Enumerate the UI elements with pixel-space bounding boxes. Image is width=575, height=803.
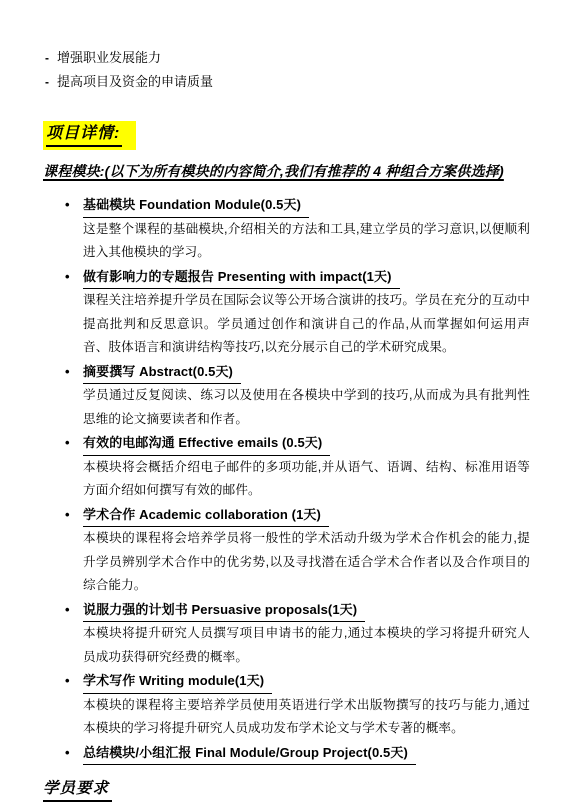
module-item: • 有效的电邮沟通 Effective emails (0.5天) 本模块将会概… [43, 431, 530, 503]
module-title: 学术写作 Writing module(1天) [83, 669, 272, 694]
module-title: 有效的电邮沟通 Effective emails (0.5天) [83, 431, 330, 456]
module-title-row: • 学术合作 Academic collaboration (1天) [43, 503, 530, 528]
yellow-highlight: 项目详情: [43, 121, 136, 150]
module-title: 摘要撰写 Abstract(0.5天) [83, 360, 241, 385]
bullet-dot-icon: • [65, 741, 83, 765]
module-item: • 摘要撰写 Abstract(0.5天) 学员通过反复阅读、练习以及使用在各模… [43, 360, 530, 432]
list-item-text: 提高项目及资金的申请质量 [57, 70, 213, 93]
module-description: 课程关注培养提升学员在国际会议等公开场合演讲的技巧。学员在充分的互动中提高批判和… [83, 289, 530, 360]
module-item: • 学术合作 Academic collaboration (1天) 本模块的课… [43, 503, 530, 598]
module-description: 本模块将提升研究人员撰写项目申请书的能力,通过本模块的学习将提升研究人员成功获得… [83, 622, 530, 669]
module-title: 做有影响力的专题报告 Presenting with impact(1天) [83, 265, 400, 290]
dash-bullet-icon: - [45, 47, 57, 70]
module-description: 学员通过反复阅读、练习以及使用在各模块中学到的技巧,从而成为具有批判性思维的论文… [83, 384, 530, 431]
dash-bullet-icon: - [45, 71, 57, 94]
module-description: 本模块的课程将会培养学员将一般性的学术活动升级为学术合作机会的能力,提升学员辨别… [83, 527, 530, 598]
bullet-dot-icon: • [65, 503, 83, 527]
list-item-text: 增强职业发展能力 [57, 46, 161, 69]
document-page: - 增强职业发展能力 - 提高项目及资金的申请质量 项目详情: 课程模块:(以下… [0, 0, 575, 803]
module-item: • 说服力强的计划书 Persuasive proposals(1天) 本模块将… [43, 598, 530, 670]
project-details-heading-text: 项目详情: [46, 124, 122, 147]
bullet-dot-icon: • [65, 669, 83, 693]
bullet-dot-icon: • [65, 193, 83, 217]
modules-list: • 基础模块 Foundation Module(0.5天) 这是整个课程的基础… [43, 193, 530, 765]
bullet-dot-icon: • [65, 598, 83, 622]
module-item: • 基础模块 Foundation Module(0.5天) 这是整个课程的基础… [43, 193, 530, 265]
list-item: - 增强职业发展能力 [43, 46, 530, 70]
module-description: 本模块的课程将主要培养学员使用英语进行学术出版物撰写的技巧与能力,通过本模块的学… [83, 694, 530, 741]
bullet-dot-icon: • [65, 265, 83, 289]
student-requirements-heading: 学员要求 [43, 779, 112, 802]
module-title: 总结模块/小组汇报 Final Module/Group Project(0.5… [83, 741, 416, 766]
intro-benefits-list: - 增强职业发展能力 - 提高项目及资金的申请质量 [43, 46, 530, 94]
module-item: • 总结模块/小组汇报 Final Module/Group Project(0… [43, 741, 530, 766]
module-title-row: • 学术写作 Writing module(1天) [43, 669, 530, 694]
module-item: • 做有影响力的专题报告 Presenting with impact(1天) … [43, 265, 530, 360]
module-title: 基础模块 Foundation Module(0.5天) [83, 193, 309, 218]
module-title-row: • 做有影响力的专题报告 Presenting with impact(1天) [43, 265, 530, 290]
module-title-row: • 摘要撰写 Abstract(0.5天) [43, 360, 530, 385]
module-title: 说服力强的计划书 Persuasive proposals(1天) [83, 598, 365, 623]
bullet-dot-icon: • [65, 431, 83, 455]
list-item: - 提高项目及资金的申请质量 [43, 70, 530, 94]
module-title: 学术合作 Academic collaboration (1天) [83, 503, 329, 528]
module-description: 这是整个课程的基础模块,介绍相关的方法和工具,建立学员的学习意识,以便顺利进入其… [83, 218, 530, 265]
module-title-row: • 总结模块/小组汇报 Final Module/Group Project(0… [43, 741, 530, 766]
course-modules-heading: 课程模块:(以下为所有模块的内容简介,我们有推荐的 4 种组合方案供选择) [43, 161, 530, 181]
module-title-row: • 基础模块 Foundation Module(0.5天) [43, 193, 530, 218]
project-details-heading: 项目详情: [43, 121, 530, 150]
module-description: 本模块将会概括介绍电子邮件的多项功能,并从语气、语调、结构、标准用语等方面介绍如… [83, 456, 530, 503]
module-title-row: • 有效的电邮沟通 Effective emails (0.5天) [43, 431, 530, 456]
module-title-row: • 说服力强的计划书 Persuasive proposals(1天) [43, 598, 530, 623]
bullet-dot-icon: • [65, 360, 83, 384]
module-item: • 学术写作 Writing module(1天) 本模块的课程将主要培养学员使… [43, 669, 530, 741]
